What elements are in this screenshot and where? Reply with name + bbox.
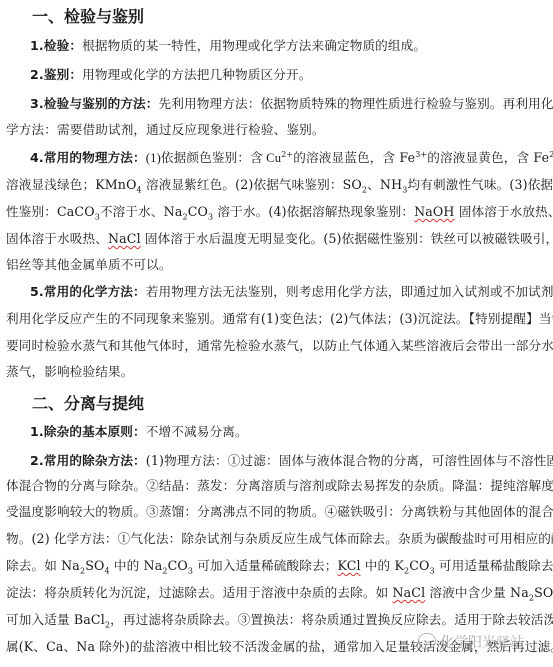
section-heading-separation: 二、分离与提纯 [32,393,144,415]
paragraph-chemical-line1: 5.常用的化学方法：若用物理方法无法鉴别，则考虑用化学方法，即通过加入试剂或不加… [30,283,543,301]
text: 固体溶于水吸热、 [6,231,108,246]
text: CO [188,204,208,219]
text: ，再过滤将杂质除去。③置换法：将杂质通过置换反应除去。适用于除去较活泼金 [110,612,553,627]
paragraph-text: (1)物理方法：①过滤：固体与液体混合物的分离，可溶性固体与不溶性固 [146,453,553,468]
paragraph-text: 先利用物理方法：依据物质特殊的物理性质进行检验与鉴别。再利用化 [159,96,553,111]
text: SO [534,585,553,600]
text: 性鉴别：CaCO [6,204,95,219]
term-label: 1.除杂的基本原则： [30,424,146,439]
wechat-icon [418,633,436,649]
paragraph-removal-line4: 物。(2) 化学方法：①气化法：除杂试剂与杂质反应生成气体而除去。杂质为碳酸盐时… [6,530,543,548]
text: 溶液显紫红色。(2)依据气味鉴别：SO [142,177,362,192]
paragraph-text: 不增不减易分离。 [146,424,248,439]
paragraph-physical-line5: 铝丝等其他金属单质不可以。 [6,256,543,274]
text: 溶液显浅绿色；KMnO [6,177,137,192]
paragraph-removal-line6: 淀法：将杂质转化为沉淀，过滤除去。适用于溶液中杂质的去除。如 NaCl 溶液中含… [6,584,543,602]
spellcheck-flagged-word: NaOH [414,204,454,219]
text: 中的 K [361,558,404,573]
paragraph-inspection: 1.检验：根据物质的某一特性，用物理或化学方法来确定物质的组成。 [30,37,543,55]
paragraph-removal-line7: 可加入适量 BaCl2，再过滤将杂质除去。③置换法：将杂质通过置换反应除去。适用… [6,611,543,629]
term-label: 5.常用的化学方法： [30,284,146,299]
text: SO [85,558,104,573]
paragraph-principle: 1.除杂的基本原则：不增不减易分离。 [30,423,543,441]
text: 溶液中含少量 Na [425,585,529,600]
text: 溶于水。(4)依据溶解热现象鉴别： [213,204,414,219]
term-label: 2.鉴别： [30,67,82,82]
paragraph-physical-line2: 溶液显浅绿色；KMnO4 溶液显紫红色。(2)依据气味鉴别：SO2、NH3均有刺… [6,176,543,194]
text: 固体溶于水后温度无明显变化。(5)依据磁性鉴别：铁丝可以被磁铁吸引，而 [141,231,553,246]
paragraph-methods-line1: 3.检验与鉴别的方法：先利用物理方法：依据物质特殊的物理性质进行检验与鉴别。再利… [30,95,543,113]
paragraph-chemical-line4: 蒸气，影响检验结果。 [6,363,543,381]
text: 除去。如 Na [6,558,80,573]
paragraph-identification: 2.鉴别：用物理或化学的方法把几种物质区分开。 [30,66,543,84]
paragraph-physical-line3: 性鉴别：CaCO3不溶于水、Na2CO3 溶于水。(4)依据溶解热现象鉴别：Na… [6,203,543,221]
text: 固体溶于水放热、NH [455,204,553,219]
spellcheck-flagged-word: KCl [337,558,360,573]
term-label: 1.检验： [30,38,82,53]
paragraph-chemical-line3: 要同时检验水蒸气和其他气体时，通常先检验水蒸气，以防止气体通入某些溶液后会带出一… [6,337,543,355]
paragraph-physical-line4: 固体溶于水吸热、NaCl 固体溶于水后温度无明显变化。(5)依据磁性鉴别：铁丝可… [6,230,543,248]
paragraph-removal-line5: 除去。如 Na2SO4 中的 Na2CO3 可加入适量稀硫酸除去；KCl 中的 … [6,557,543,575]
text: 可用适量稀盐酸除去。②沉 [435,558,553,573]
paragraph-text: 若用物理方法无法鉴别，则考虑用化学方法，即通过加入试剂或不加试剂， [146,284,553,299]
text: 中的 Na [110,558,163,573]
superscript: 2+ [281,150,293,159]
paragraph-removal-line2: 体混合物的分离与除杂。②结晶：蒸发：分离溶质与溶剂或除去易挥发的杂质。降温：提纯… [6,477,543,495]
spellcheck-flagged-word: NaCl [392,585,425,600]
text: CO [168,558,188,573]
text: CO [409,558,429,573]
paragraph-text: 用物理或化学的方法把几种物质区分开。 [82,67,311,82]
spellcheck-flagged-word: NaCl [108,231,141,246]
text: 可加入适量稀硫酸除去； [193,558,337,573]
text: 的溶液显黄色，含 Fe [427,150,549,165]
text: 可加入适量 BaCl [6,612,105,627]
paragraph-text: 根据物质的某一特性，用物理或化学方法来确定物质的组成。 [82,38,426,53]
watermark: 化学阳光驿站 [418,632,524,652]
paragraph-removal-line3: 受温度影响较大的物质。③蒸馏：分离沸点不同的物质。④磁铁吸引：分离铁粉与其他固体… [6,503,543,521]
paragraph-chemical-line2: 利用化学反应产生的不同现象来鉴别。通常有(1)变色法；(2)气体法；(3)沉淀法… [6,310,543,328]
text: 均有刺激性气味。(3)依据溶解 [407,177,553,192]
text: 不溶于水、Na [100,204,183,219]
text: 、NH [367,177,402,192]
paragraph-physical-line1: 4.常用的物理方法：(1)依据颜色鉴别：含 Cu2+的溶液显蓝色，含 Fe3+的… [30,149,543,167]
paragraph-methods-line2: 学方法：需要借助试剂，通过反应现象进行检验、鉴别。 [6,121,543,139]
superscript: 2+ [549,150,553,159]
text: 淀法：将杂质转化为沉淀，过滤除去。适用于溶液中杂质的去除。如 [6,585,392,600]
paragraph-removal-line1: 2.常用的除杂方法：(1)物理方法：①过滤：固体与液体混合物的分离，可溶性固体与… [30,452,543,470]
term-label: 3.检验与鉴别的方法： [30,96,159,111]
text: 的溶液显蓝色，含 Fe [293,150,415,165]
superscript: 3+ [415,150,427,159]
term-label: 2.常用的除杂方法： [30,453,146,468]
section-heading-inspection: 一、检验与鉴别 [32,6,144,28]
term-label: 4.常用的物理方法： [30,150,146,165]
text: (1)依据颜色鉴别：含 Cu [146,151,281,165]
watermark-text: 化学阳光驿站 [440,635,524,651]
